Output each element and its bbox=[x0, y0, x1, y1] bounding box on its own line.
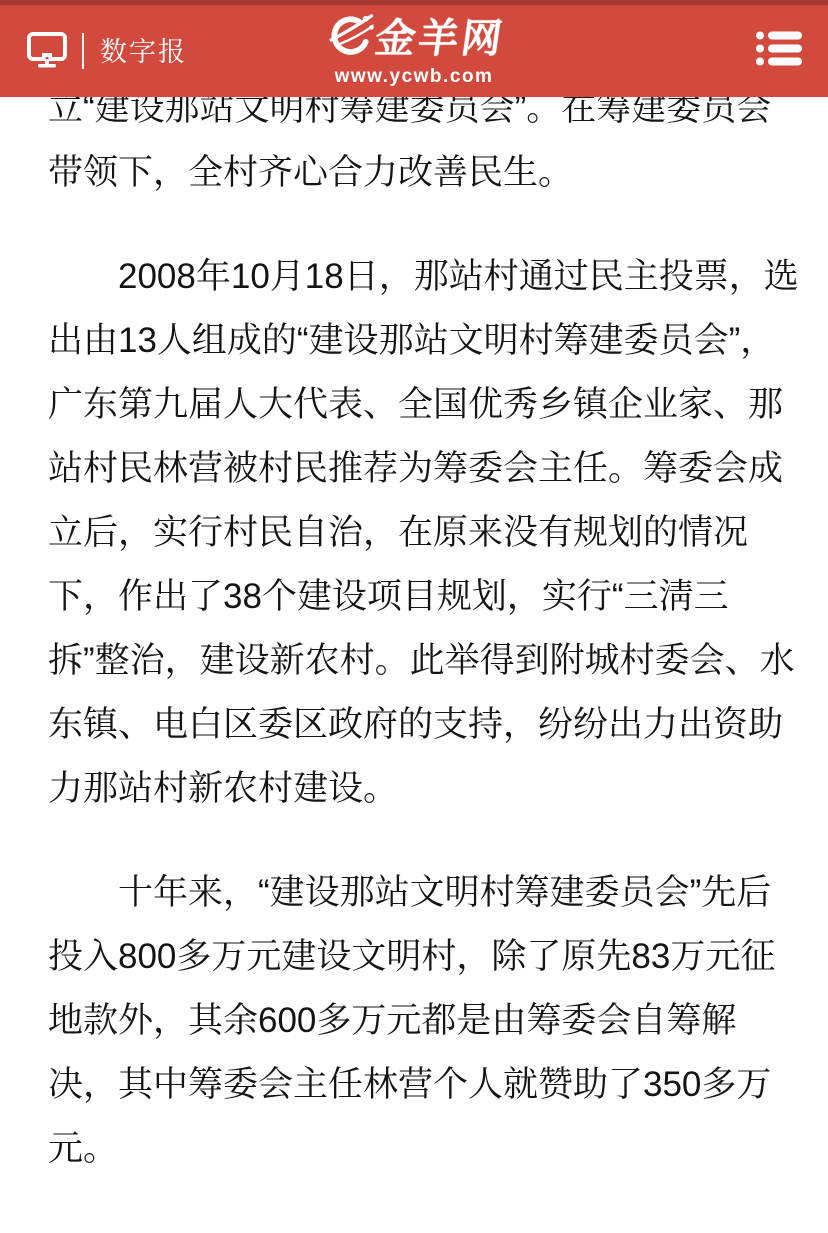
article-line: 力那站村新农村建设。 bbox=[48, 757, 784, 821]
header-inner: 数字报 金羊网 www.ycwb.com bbox=[0, 5, 828, 97]
article-line: 下，作出了38个建设项目规划，实行“三淸三 bbox=[48, 565, 784, 629]
article-paragraph: 十年来，“建设那站文明村筹建委员会”先后投入800多万元建设文明村，除了原先83… bbox=[48, 861, 784, 1181]
article-line: 十年来，“建设那站文明村筹建委员会”先后 bbox=[48, 861, 784, 925]
article-line: 决，其中筹委会主任林营个人就赞助了350多万 bbox=[48, 1053, 784, 1117]
header-divider bbox=[82, 33, 84, 69]
article-line: 东镇、电白区委区政府的支持，纷纷出力出资助 bbox=[48, 693, 784, 757]
article-line: 2008年10月18日，那站村通过民主投票，选 bbox=[48, 245, 784, 309]
site-logo[interactable]: 金羊网 www.ycwb.com bbox=[324, 13, 505, 86]
menu-button[interactable] bbox=[754, 28, 804, 75]
logo-title: 金羊网 bbox=[373, 19, 508, 59]
article-body: 立“建设那站文明村筹建委员会”。在筹建委员会带领下，全村齐心合力改善民生。200… bbox=[0, 0, 828, 1181]
article-line: 投入800多万元建设文明村，除了原先83万元征 bbox=[48, 925, 784, 989]
digital-paper-link[interactable]: 数字报 bbox=[26, 28, 187, 75]
article-line: 出由13人组成的“建设那站文明村筹建委员会”， bbox=[48, 309, 784, 373]
digital-paper-label: 数字报 bbox=[100, 37, 187, 66]
monitor-icon bbox=[26, 28, 68, 75]
article-paragraph: 2008年10月18日，那站村通过民主投票，选出由13人组成的“建设那站文明村筹… bbox=[48, 245, 784, 821]
article-line: 站村民林营被村民推荐为筹委会主任。筹委会成 bbox=[48, 437, 784, 501]
app-header: 数字报 金羊网 www.ycwb.com bbox=[0, 0, 828, 97]
article-line: 带领下，全村齐心合力改善民生。 bbox=[48, 141, 784, 205]
article-line: 元。 bbox=[48, 1117, 784, 1181]
logo-swoosh-icon bbox=[324, 13, 374, 64]
article-line: 地款外，其余600多万元都是由筹委会自筹解 bbox=[48, 989, 784, 1053]
article-line: 立后，实行村民自治，在原来没有规划的情况 bbox=[48, 501, 784, 565]
logo-url: www.ycwb.com bbox=[335, 67, 494, 86]
list-menu-icon bbox=[754, 57, 804, 74]
article-line: 广东第九届人大代表、全国优秀乡镇企业家、那 bbox=[48, 373, 784, 437]
logo-row: 金羊网 bbox=[324, 13, 505, 64]
article-line: 拆”整治，建设新农村。此举得到附城村委会、水 bbox=[48, 629, 784, 693]
